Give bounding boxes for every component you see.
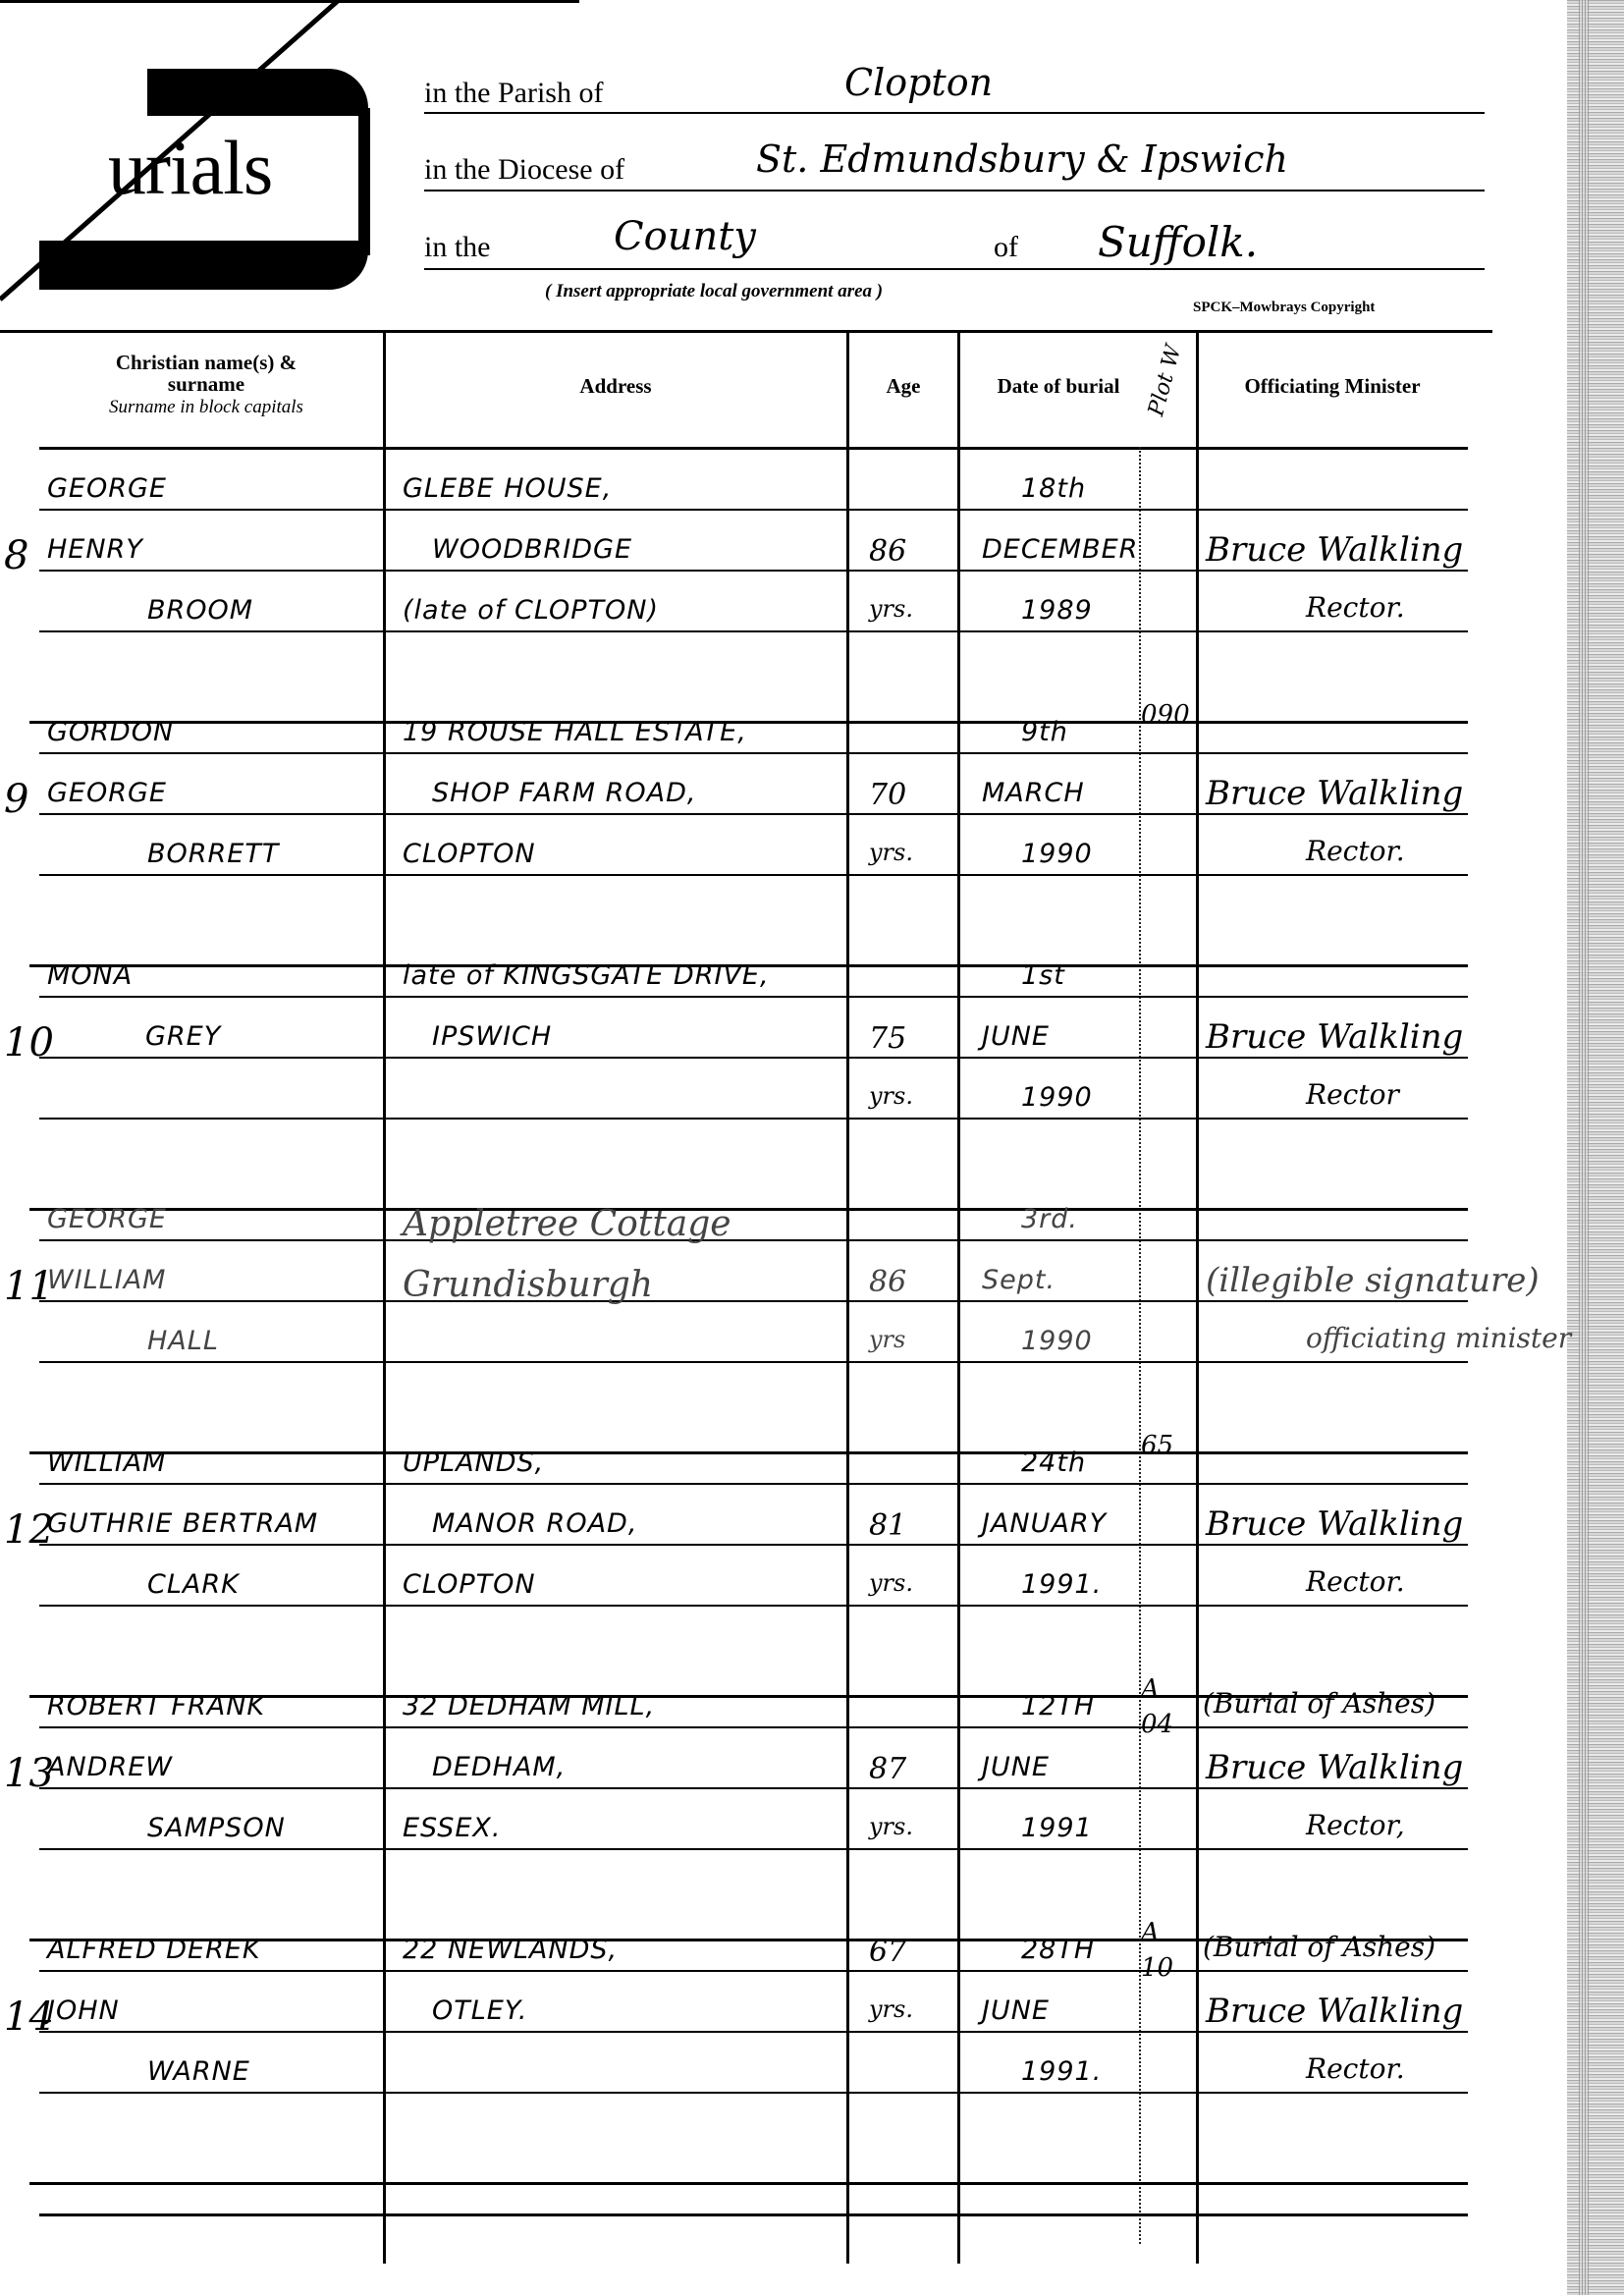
ruled-line <box>39 509 1468 511</box>
address-line[interactable]: Appletree Cottage <box>403 1204 731 1244</box>
diocese-value[interactable]: St. Edmundsbury & Ipswich <box>756 137 1288 181</box>
age-unit: yrs. <box>869 1082 913 1110</box>
minister-signature[interactable]: Bruce Walkling <box>1206 530 1463 570</box>
area-type-value[interactable]: County <box>614 214 756 259</box>
entry-number: 10 <box>4 1020 54 1066</box>
address-line[interactable]: late of KINGSGATE DRIVE, <box>403 960 770 991</box>
ruled-line <box>39 2031 1468 2033</box>
minister-note[interactable]: (Burial of Ashes) <box>1203 1687 1435 1720</box>
ruled-line <box>39 1544 1468 1546</box>
ruled-line <box>39 630 1468 632</box>
scan-edge-shadow <box>1567 0 1624 2295</box>
minister-note[interactable]: Rector. <box>1306 1565 1405 1598</box>
name-line[interactable]: GUTHRIE BERTRAM <box>47 1508 318 1539</box>
name-line[interactable]: ANDREW <box>47 1752 173 1782</box>
date-line[interactable]: JANUARY <box>982 1508 1107 1539</box>
ruled-line <box>39 752 1468 754</box>
date-line[interactable]: 1991 <box>1021 1813 1093 1843</box>
age-unit: yrs <box>869 1326 905 1353</box>
name-line[interactable]: SAMPSON <box>147 1813 286 1843</box>
ruled-line <box>39 1300 1468 1302</box>
address-line[interactable]: IPSWICH <box>432 1021 552 1052</box>
name-line[interactable]: GEORGE <box>47 778 167 808</box>
address-line[interactable]: OTLEY. <box>432 1995 527 2026</box>
ruled-line <box>39 1118 1468 1120</box>
column-divider <box>957 330 960 2264</box>
plot-number[interactable]: A 10 <box>1141 1915 1190 1987</box>
column-divider <box>846 330 849 2264</box>
minister-signature[interactable]: Bruce Walkling <box>1206 1504 1463 1544</box>
name-line[interactable]: GORDON <box>47 717 174 747</box>
area-label: in the <box>424 231 491 264</box>
ruled-line <box>39 1605 1468 1607</box>
ruled-line <box>39 1726 1468 1728</box>
age-value[interactable]: 86 <box>869 1265 906 1299</box>
ruled-line <box>39 996 1468 998</box>
ruled-line <box>39 2213 1468 2216</box>
name-line[interactable]: WARNE <box>147 2056 250 2087</box>
age-value[interactable]: 87 <box>869 1752 906 1786</box>
header-rule <box>39 447 1468 450</box>
minister-signature[interactable]: (illegible signature) <box>1206 1261 1540 1300</box>
minister-note[interactable]: Rector. <box>1306 591 1405 624</box>
ruled-line <box>39 1483 1468 1485</box>
column-divider <box>1196 330 1199 2264</box>
ruled-line <box>39 874 1468 876</box>
minister-note[interactable]: Rector. <box>1306 2052 1405 2085</box>
age-value[interactable]: 70 <box>869 778 906 812</box>
date-line[interactable]: 1991. <box>1021 1569 1102 1600</box>
entry-number: 9 <box>4 777 28 822</box>
ruled-line <box>39 1057 1468 1059</box>
name-line[interactable]: JOHN <box>47 1995 120 2026</box>
entry-separator <box>29 721 1468 724</box>
age-unit: yrs. <box>869 1813 913 1840</box>
address-line[interactable]: (late of CLOPTON) <box>403 595 659 626</box>
minister-signature[interactable]: Bruce Walkling <box>1206 1017 1463 1057</box>
name-line[interactable]: WILLIAM <box>47 1448 166 1478</box>
header-date: Date of burial <box>960 375 1157 397</box>
minister-note[interactable]: officiating minister <box>1306 1322 1571 1354</box>
address-line[interactable]: ESSEX. <box>403 1813 502 1843</box>
entry-separator <box>29 1208 1468 1211</box>
name-line[interactable]: GEORGE <box>47 473 167 504</box>
date-line[interactable]: DECEMBER <box>982 534 1138 565</box>
address-line[interactable]: MANOR ROAD, <box>432 1508 637 1539</box>
entry-number: 8 <box>4 533 28 578</box>
name-line[interactable]: MONA <box>47 960 133 991</box>
name-line[interactable]: HENRY <box>47 534 143 565</box>
minister-note[interactable]: Rector <box>1306 1078 1399 1111</box>
header-age: Age <box>849 375 957 397</box>
date-line[interactable]: 1990 <box>1021 1082 1093 1113</box>
name-line[interactable]: GEORGE <box>47 1204 167 1234</box>
entry-separator <box>29 2182 1468 2185</box>
diocese-label: in the Diocese of <box>424 153 624 187</box>
minister-note[interactable]: (Burial of Ashes) <box>1203 1931 1435 1963</box>
minister-signature[interactable]: Bruce Walkling <box>1206 774 1463 813</box>
age-value[interactable]: 67 <box>869 1935 906 1969</box>
ruled-line <box>39 1787 1468 1789</box>
address-line[interactable]: 32 DEDHAM MILL, <box>403 1691 655 1721</box>
date-line[interactable]: Sept. <box>982 1265 1056 1295</box>
area-name-value[interactable]: Suffolk. <box>1098 218 1258 266</box>
address-line[interactable]: SHOP FARM ROAD, <box>432 778 696 808</box>
age-value[interactable]: 75 <box>869 1021 906 1056</box>
copyright-notice: SPCK–Mowbrays Copyright <box>1193 300 1375 316</box>
minister-signature[interactable]: Bruce Walkling <box>1206 1992 1463 2031</box>
address-line[interactable]: Grundisburgh <box>403 1265 653 1305</box>
date-line[interactable]: 12TH <box>1021 1691 1095 1721</box>
entry-separator <box>29 1451 1468 1454</box>
minister-note[interactable]: Rector. <box>1306 835 1405 867</box>
ruled-line <box>39 1970 1468 1972</box>
minister-signature[interactable]: Bruce Walkling <box>1206 1748 1463 1787</box>
date-line[interactable]: 1989 <box>1021 595 1093 626</box>
address-line[interactable]: GLEBE HOUSE, <box>403 473 612 504</box>
plot-number[interactable]: 090 <box>1141 697 1190 733</box>
header-address: Address <box>385 375 846 397</box>
address-line[interactable]: WOODBRIDGE <box>432 534 632 565</box>
name-line[interactable]: GREY <box>145 1021 221 1052</box>
date-line[interactable]: 1st <box>1021 960 1065 991</box>
name-line[interactable]: WILLIAM <box>47 1265 166 1295</box>
name-line[interactable]: BROOM <box>147 595 253 626</box>
date-line[interactable]: 24th <box>1021 1448 1086 1478</box>
ruled-line <box>39 570 1468 572</box>
name-line[interactable]: ROBERT FRANK <box>47 1691 265 1721</box>
date-line[interactable]: 1991. <box>1021 2056 1102 2087</box>
diagonal-cut-mark <box>0 0 412 314</box>
age-unit: yrs. <box>869 839 913 866</box>
parish-value[interactable]: Clopton <box>844 61 993 104</box>
column-divider <box>383 330 386 2264</box>
date-line[interactable]: 9th <box>1021 717 1068 747</box>
of-label: of <box>994 231 1018 264</box>
date-line[interactable]: 28TH <box>1021 1935 1095 1965</box>
ruled-line <box>39 1848 1468 1850</box>
date-line[interactable]: 3rd. <box>1021 1204 1078 1234</box>
header-name: Christian name(s) & surname Surname in b… <box>29 352 383 417</box>
date-line[interactable]: JUNE <box>982 1021 1050 1052</box>
date-line[interactable]: 1990 <box>1021 839 1093 869</box>
table-top-rule <box>0 330 1492 333</box>
name-line[interactable]: BORRETT <box>147 839 279 869</box>
plot-number[interactable]: A 04 <box>1141 1671 1190 1743</box>
area-hint: ( Insert appropriate local government ar… <box>545 281 883 302</box>
address-line[interactable]: DEDHAM, <box>432 1752 566 1782</box>
address-line[interactable]: CLOPTON <box>403 1569 536 1600</box>
date-line[interactable]: 18th <box>1021 473 1086 504</box>
date-line[interactable]: JUNE <box>982 1752 1050 1782</box>
age-value[interactable]: 86 <box>869 534 906 569</box>
date-line[interactable]: JUNE <box>982 1995 1050 2026</box>
ruled-line <box>39 2092 1468 2094</box>
ruled-line <box>39 813 1468 815</box>
age-unit: yrs. <box>869 1995 913 2023</box>
header-minister: Officiating Minister <box>1200 375 1465 397</box>
name-line[interactable]: HALL <box>147 1326 219 1356</box>
age-unit: yrs. <box>869 1569 913 1597</box>
minister-note[interactable]: Rector, <box>1306 1809 1405 1841</box>
scan-edge-texture <box>1579 0 1589 2295</box>
address-line[interactable]: UPLANDS, <box>403 1448 544 1478</box>
parish-label: in the Parish of <box>424 77 603 110</box>
age-unit: yrs. <box>869 595 913 623</box>
plot-number[interactable]: 65 <box>1141 1428 1190 1463</box>
ruled-line <box>39 1239 1468 1241</box>
name-line[interactable]: CLARK <box>147 1569 240 1600</box>
address-line[interactable]: 22 NEWLANDS, <box>403 1935 618 1965</box>
name-line[interactable]: ALFRED DEREK <box>47 1935 261 1965</box>
age-value[interactable]: 81 <box>869 1508 906 1543</box>
address-line[interactable]: 19 ROUSE HALL ESTATE, <box>403 717 747 747</box>
date-line[interactable]: 1990 <box>1021 1326 1093 1356</box>
date-line[interactable]: MARCH <box>982 778 1085 808</box>
ruled-line <box>39 1361 1468 1363</box>
address-line[interactable]: CLOPTON <box>403 839 536 869</box>
